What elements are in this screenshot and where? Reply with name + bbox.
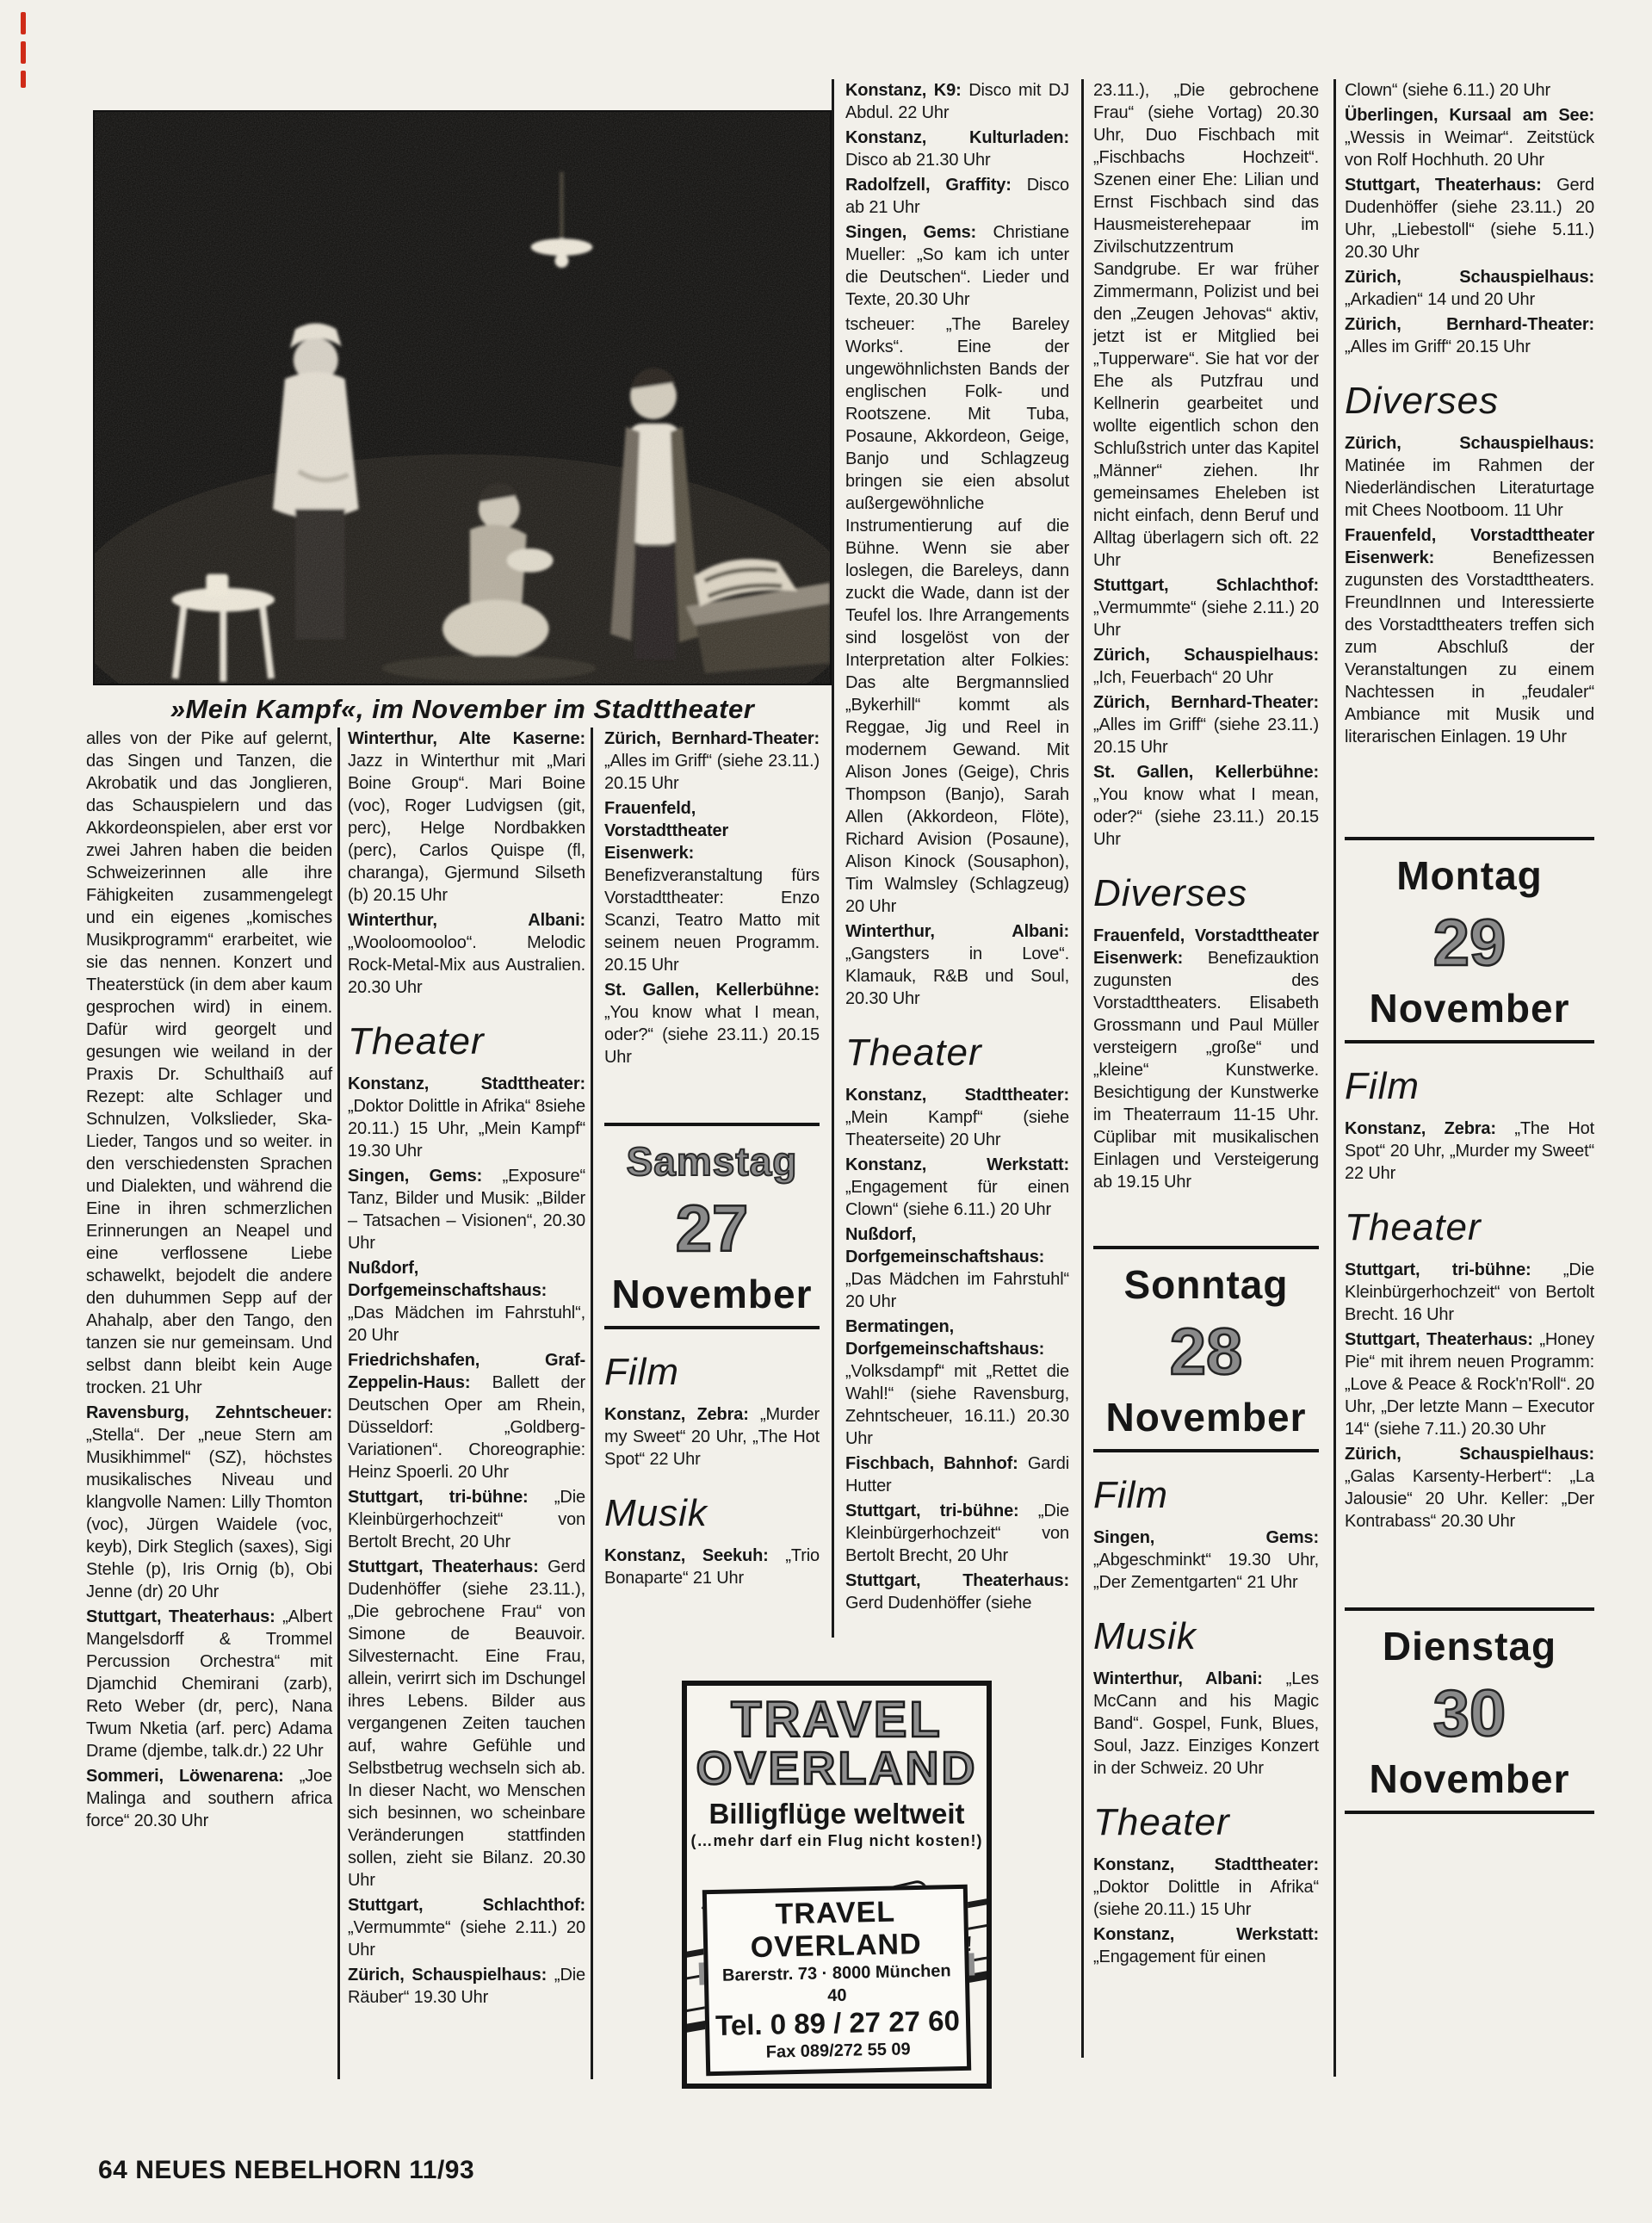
venue-lead: Konstanz, Stadttheater: <box>1093 1855 1319 1874</box>
entry-text: „Ich, Feuerbach“ 20 Uhr <box>1093 668 1273 687</box>
entry-text: „Gangsters in Love“. Klamauk, R&B und So… <box>845 944 1069 1008</box>
entry-text: tscheuer: „The Bareley Works“. Eine der … <box>845 315 1069 916</box>
venue-lead: Stuttgart, tri-bühne: <box>1345 1260 1531 1279</box>
venue-lead: Zürich, Schauspielhaus: <box>1345 434 1594 453</box>
venue-lead: Stuttgart, Schlachthof: <box>1093 576 1319 595</box>
text-column-5: 23.11.), „Die gebrochene Frau“ (siehe Vo… <box>1093 79 1319 1971</box>
day-header-rule <box>604 1123 820 1126</box>
venue-lead: Fischbach, Bahnhof: <box>845 1454 1018 1473</box>
text-column-6: Clown“ (siehe 6.11.) 20 UhrÜberlingen, K… <box>1345 79 1594 1823</box>
section-heading: Film <box>1345 1066 1594 1107</box>
entry-text: „Das Mädchen im Fahrstuhl“, 20 Uhr <box>348 1303 585 1345</box>
column-divider <box>591 728 593 2079</box>
day-header-rule <box>1345 1811 1594 1814</box>
entry-text: „Alles im Griff“ (siehe 23.11.) 20.15 Uh… <box>604 752 820 793</box>
entry-text: „Alles im Griff“ (siehe 23.11.) 20.15 Uh… <box>1093 715 1319 757</box>
listing-entry: Konstanz, Seekuh: „Trio Bonaparte“ 21 Uh… <box>604 1545 820 1589</box>
venue-lead: Zürich, Schauspielhaus: <box>1345 1445 1594 1464</box>
venue-lead: Stuttgart, tri-bühne: <box>845 1502 1019 1520</box>
scan-mark <box>21 12 26 34</box>
day-month: November <box>1093 1396 1319 1439</box>
day-header: Sonntag28November <box>1093 1246 1319 1452</box>
listing-entry: Zürich, Bernhard-Theater: „Alles im Grif… <box>1093 691 1319 759</box>
venue-lead: Winterthur, Alte Kaserne: <box>348 729 585 748</box>
listing-entry: Winterthur, Alte Kaserne: Jazz in Winter… <box>348 728 585 907</box>
venue-lead: Konstanz, Stadttheater: <box>845 1086 1069 1105</box>
entry-text: Disco ab 21.30 Uhr <box>845 151 991 170</box>
scan-mark <box>21 41 26 64</box>
listing-entry: Konstanz, Stadttheater: „Mein Kampf“ (si… <box>845 1084 1069 1151</box>
entry-text: „Mein Kampf“ (siehe Theaterseite) 20 Uhr <box>845 1108 1069 1149</box>
day-header: Samstag27November <box>604 1123 820 1329</box>
venue-lead: Singen, Gems: <box>1093 1528 1319 1547</box>
ad-subtitle: Billigflüge weltweit <box>687 1798 987 1830</box>
spacer <box>1345 1535 1594 1595</box>
listing-entry: Friedrichshafen, Graf-Zeppelin-Haus: Bal… <box>348 1349 585 1483</box>
entry-text: „Stella“. Der „neue Stern am Musikhimmel… <box>86 1426 332 1601</box>
day-header: Dienstag30November <box>1345 1607 1594 1814</box>
photo-caption: »Mein Kampf«, im November im Stadttheate… <box>93 694 832 725</box>
listing-entry: Zürich, Schauspielhaus: Matinée im Rahme… <box>1345 432 1594 522</box>
listing-entry: Stuttgart, Theaterhaus: Gerd Dudenhöffer… <box>348 1556 585 1892</box>
entry-text: „Abgeschminkt“ 19.30 Uhr, „Der Zementgar… <box>1093 1551 1319 1592</box>
listing-entry: Zürich, Bernhard-Theater: „Alles im Grif… <box>1345 313 1594 358</box>
spacer <box>1345 751 1594 825</box>
section-heading: Diverses <box>1345 381 1594 422</box>
entry-text: Gerd Dudenhöffer (siehe 23.11.), „Die ge… <box>348 1557 585 1890</box>
day-month: November <box>1345 1757 1594 1800</box>
venue-lead: Zürich, Schauspielhaus: <box>1093 646 1319 665</box>
scan-mark <box>21 71 26 88</box>
listing-entry: Stuttgart, Theaterhaus: „Albert Mangelsd… <box>86 1606 332 1762</box>
venue-lead: Konstanz, Zebra: <box>1345 1119 1496 1138</box>
column-divider <box>1081 79 1084 2058</box>
venue-lead: Zürich, Bernhard-Theater: <box>1093 693 1319 712</box>
listing-entry: Zürich, Schauspielhaus: „Die Räuber“ 19.… <box>348 1964 585 2009</box>
column-divider <box>1333 79 1336 2077</box>
day-header-rule <box>1093 1246 1319 1249</box>
entry-text: „Vermummte“ (siehe 2.11.) 20 Uhr <box>1093 598 1319 640</box>
venue-lead: St. Gallen, Kellerbühne: <box>604 981 820 1000</box>
column-divider <box>832 79 834 1638</box>
listing-entry: 23.11.), „Die gebrochene Frau“ (siehe Vo… <box>1093 79 1319 572</box>
venue-lead: Stuttgart, Theaterhaus: <box>1345 176 1542 195</box>
spacer <box>604 1071 820 1111</box>
entry-text: Benefizessen zugunsten des Vorstadttheat… <box>1345 548 1594 746</box>
section-heading: Film <box>604 1352 820 1393</box>
venue-lead: Stuttgart, Schlachthof: <box>348 1896 585 1915</box>
listing-entry: tscheuer: „The Bareley Works“. Eine der … <box>845 313 1069 918</box>
listing-entry: Zürich, Schauspielhaus: „Ich, Feuerbach“… <box>1093 644 1319 689</box>
listing-entry: Stuttgart, tri-bühne: „Die Kleinbürgerho… <box>1345 1259 1594 1326</box>
venue-lead: Konstanz, Werkstatt: <box>1093 1925 1319 1944</box>
listing-entry: Radolfzell, Graffity: Disco ab 21 Uhr <box>845 174 1069 219</box>
venue-lead: Konstanz, K9: <box>845 81 962 100</box>
listing-entry: Singen, Gems: „Exposure“ Tanz, Bilder un… <box>348 1165 585 1254</box>
day-month: November <box>1345 987 1594 1030</box>
venue-lead: Konstanz, Seekuh: <box>604 1546 769 1565</box>
day-name: Sonntag <box>1093 1263 1319 1306</box>
listing-entry: Stuttgart, tri-bühne: „Die Kleinbürgerho… <box>845 1500 1069 1567</box>
page-footer: 64 NEUES NEBELHORN 11/93 <box>98 2156 474 2185</box>
venue-lead: Radolfzell, Graffity: <box>845 176 1012 195</box>
listing-entry: Winterthur, Albani: „Wooloomooloo“. Melo… <box>348 909 585 999</box>
section-heading: Musik <box>604 1493 820 1534</box>
entry-text: „Engagement für einen <box>1093 1947 1265 1966</box>
entry-text: „Doktor Dolittle in Afrika“ 8siehe 20.11… <box>348 1097 585 1161</box>
listing-entry: Winterthur, Albani: „Les McCann and his … <box>1093 1668 1319 1780</box>
day-header: Montag29November <box>1345 837 1594 1043</box>
venue-lead: Stuttgart, Theaterhaus: <box>845 1571 1069 1590</box>
ad-address-box: TRAVEL OVERLAND Barerstr. 73 · 8000 Münc… <box>702 1885 971 2076</box>
text-column-4: Konstanz, K9: Disco mit DJ Abdul. 22 Uhr… <box>845 79 1069 1617</box>
entry-text: Matinée im Rahmen der Niederländischen L… <box>1345 456 1594 520</box>
newspaper-page: »Mein Kampf«, im November im Stadttheate… <box>0 0 1652 2223</box>
venue-lead: Frauenfeld, Vorstadttheater Eisenwerk: <box>604 799 728 863</box>
entry-text: „Volksdampf“ mit „Rettet die Wahl!“ (sie… <box>845 1362 1069 1448</box>
day-name: Montag <box>1345 854 1594 897</box>
listing-entry: alles von der Pike auf gelernt, das Sing… <box>86 728 332 1399</box>
section-heading: Diverses <box>1093 873 1319 914</box>
listing-entry: Konstanz, Stadttheater: „Doktor Dolittle… <box>348 1073 585 1162</box>
venue-lead: Konstanz, Kulturladen: <box>845 128 1069 147</box>
listing-entry: Stuttgart, Theaterhaus: „Honey Pie“ mit … <box>1345 1328 1594 1440</box>
listing-entry: Konstanz, K9: Disco mit DJ Abdul. 22 Uhr <box>845 79 1069 124</box>
listing-entry: Stuttgart, Schlachthof: „Vermummte“ (sie… <box>1093 574 1319 641</box>
theater-photo <box>93 110 832 685</box>
venue-lead: Nußdorf, Dorfgemeinschaftshaus: <box>348 1259 547 1300</box>
entry-text: „Vermummte“ (siehe 2.11.) 20 Uhr <box>348 1918 585 1960</box>
listing-entry: Frauenfeld, Vorstadttheater Eisenwerk: B… <box>1093 925 1319 1193</box>
day-number: 29 <box>1345 909 1594 978</box>
day-header-rule <box>1345 837 1594 840</box>
venue-lead: Konstanz, Werkstatt: <box>845 1155 1069 1174</box>
listing-entry: Nußdorf, Dorfgemeinschaftshaus: „Das Mäd… <box>845 1223 1069 1313</box>
text-column-2: Winterthur, Alte Kaserne: Jazz in Winter… <box>348 728 585 2011</box>
day-header-rule <box>1093 1449 1319 1452</box>
entry-text: alles von der Pike auf gelernt, das Sing… <box>86 729 332 1397</box>
day-header-rule <box>604 1326 820 1329</box>
listing-entry: Konstanz, Stadttheater: „Doktor Dolittle… <box>1093 1854 1319 1921</box>
venue-lead: Sommeri, Löwenarena: <box>86 1767 284 1786</box>
listing-entry: Konstanz, Zebra: „Murder my Sweet“ 20 Uh… <box>604 1403 820 1471</box>
day-month: November <box>604 1272 820 1316</box>
venue-lead: Stuttgart, Theaterhaus: <box>86 1607 275 1626</box>
entry-text: „You know what I mean, oder?“ (siehe 23.… <box>604 1003 820 1067</box>
day-header-rule <box>1345 1607 1594 1611</box>
venue-lead: St. Gallen, Kellerbühne: <box>1093 763 1319 782</box>
entry-text: „Galas Karsenty-Herbert“: „La Jalousie“ … <box>1345 1467 1594 1531</box>
listing-entry: Bermatingen, Dorfgemeinschaftshaus: „Vol… <box>845 1316 1069 1450</box>
listing-entry: Singen, Gems: Christiane Mueller: „So ka… <box>845 221 1069 311</box>
listing-entry: Überlingen, Kursaal am See: „Wessis in W… <box>1345 104 1594 171</box>
listing-entry: Fischbach, Bahnhof: Gardi Hutter <box>845 1452 1069 1497</box>
entry-text: „Doktor Dolittle in Afrika“ (siehe 20.11… <box>1093 1878 1319 1919</box>
listing-entry: Zürich, Bernhard-Theater: „Alles im Grif… <box>604 728 820 795</box>
venue-lead: Stuttgart, Theaterhaus: <box>1345 1330 1533 1349</box>
column-divider <box>337 728 340 2079</box>
ad-company-name: TRAVEL OVERLAND <box>710 1894 962 1965</box>
venue-lead: Winterthur, Albani: <box>348 911 585 930</box>
text-column-3: Zürich, Bernhard-Theater: „Alles im Grif… <box>604 728 820 1592</box>
ad-note: (…mehr darf ein Flug nicht kosten!) <box>687 1832 987 1850</box>
listing-entry: Stuttgart, Theaterhaus: Gerd Dudenhöffer… <box>1345 174 1594 263</box>
listing-entry: Sommeri, Löwenarena: „Joe Malinga and so… <box>86 1765 332 1832</box>
listing-entry: Stuttgart, tri-bühne: „Die Kleinbürgerho… <box>348 1486 585 1553</box>
entry-text: 23.11.), „Die gebrochene Frau“ (siehe Vo… <box>1093 81 1319 570</box>
entry-text: „Albert Mangelsdorff & Trommel Percussio… <box>86 1607 332 1761</box>
section-heading: Musik <box>1093 1616 1319 1657</box>
listing-entry: Singen, Gems: „Abgeschminkt“ 19.30 Uhr, … <box>1093 1526 1319 1594</box>
listing-entry: Konstanz, Zebra: „The Hot Spot“ 20 Uhr, … <box>1345 1118 1594 1185</box>
venue-lead: Ravensburg, Zehntscheuer: <box>86 1403 332 1422</box>
venue-lead: Zürich, Bernhard-Theater: <box>604 729 820 748</box>
venue-lead: Stuttgart, Theaterhaus: <box>348 1557 539 1576</box>
venue-lead: Konstanz, Zebra: <box>604 1405 749 1424</box>
theater-photo-illustration <box>95 112 830 684</box>
venue-lead: Winterthur, Albani: <box>1093 1669 1263 1688</box>
venue-lead: Winterthur, Albani: <box>845 922 1069 941</box>
section-heading: Theater <box>1345 1207 1594 1248</box>
ad-phone: Tel. 0 89 / 27 27 60 <box>713 2004 963 2042</box>
listing-entry: Zürich, Schauspielhaus: „Arkadien“ 14 un… <box>1345 266 1594 311</box>
venue-lead: Singen, Gems: <box>845 223 976 242</box>
entry-text: „Wooloomooloo“. Melodic Rock-Metal-Mix a… <box>348 933 585 997</box>
listing-entry: Stuttgart, Schlachthof: „Vermummte“ (sie… <box>348 1894 585 1961</box>
listing-entry: St. Gallen, Kellerbühne: „You know what … <box>1093 761 1319 851</box>
entry-text: Jazz in Winterthur mit „Mari Boine Group… <box>348 752 585 905</box>
listing-entry: Frauenfeld, Vorstadttheater Eisenwerk: B… <box>604 797 820 976</box>
venue-lead: Zürich, Schauspielhaus: <box>1345 268 1594 287</box>
listing-entry: Zürich, Schauspielhaus: „Galas Karsenty-… <box>1345 1443 1594 1533</box>
listing-entry: St. Gallen, Kellerbühne: „You know what … <box>604 979 820 1068</box>
listing-entry: Clown“ (siehe 6.11.) 20 Uhr <box>1345 79 1594 102</box>
travel-overland-ad: TRAVEL OVERLAND Billigflüge weltweit (…m… <box>682 1681 992 2089</box>
listing-entry: Konstanz, Kulturladen: Disco ab 21.30 Uh… <box>845 127 1069 171</box>
day-number: 30 <box>1345 1680 1594 1749</box>
venue-lead: Zürich, Bernhard-Theater: <box>1345 315 1594 334</box>
listing-entry: Ravensburg, Zehntscheuer: „Stella“. Der … <box>86 1402 332 1603</box>
day-number: 28 <box>1093 1318 1319 1387</box>
entry-text: „Arkadien“ 14 und 20 Uhr <box>1345 290 1535 309</box>
venue-lead: Nußdorf, Dorfgemeinschaftshaus: <box>845 1225 1044 1266</box>
venue-lead: Stuttgart, tri-bühne: <box>348 1488 529 1507</box>
venue-lead: Überlingen, Kursaal am See: <box>1345 106 1594 125</box>
venue-lead: Bermatingen, Dorfgemeinschaftshaus: <box>845 1317 1044 1359</box>
section-heading: Theater <box>348 1021 585 1062</box>
listing-entry: Konstanz, Werkstatt: „Engagement für ein… <box>845 1154 1069 1221</box>
listing-entry: Stuttgart, Theaterhaus: Gerd Dudenhöffer… <box>845 1570 1069 1614</box>
ad-street-address: Barerstr. 73 · 8000 München 40 <box>712 1960 962 2009</box>
listing-entry: Nußdorf, Dorfgemeinschaftshaus: „Das Mäd… <box>348 1257 585 1347</box>
entry-text: Benefizauktion zugunsten des Vorstadtthe… <box>1093 949 1319 1192</box>
entry-text: Gerd Dudenhöffer (siehe <box>845 1594 1031 1613</box>
day-name: Samstag <box>604 1140 820 1183</box>
venue-lead: Konstanz, Stadttheater: <box>348 1074 585 1093</box>
entry-text: Clown“ (siehe 6.11.) 20 Uhr <box>1345 81 1550 100</box>
ad-title-line1: TRAVEL <box>687 1694 987 1745</box>
ad-title-line2: OVERLAND <box>687 1745 987 1793</box>
listing-entry: Konstanz, Werkstatt: „Engagement für ein… <box>1093 1923 1319 1968</box>
day-name: Dienstag <box>1345 1625 1594 1668</box>
listing-entry: Frauenfeld, Vorstadttheater Eisenwerk: B… <box>1345 524 1594 748</box>
entry-text: „Wessis in Weimar“. Zeitstück von Rolf H… <box>1345 128 1594 170</box>
entry-text: Benefizveranstaltung fürs Vorstadttheate… <box>604 866 820 975</box>
entry-text: „Das Mädchen im Fahrstuhl“ 20 Uhr <box>845 1270 1069 1311</box>
text-column-1: alles von der Pike auf gelernt, das Sing… <box>86 728 332 1835</box>
entry-text: „Engagement für einen Clown“ (siehe 6.11… <box>845 1178 1069 1219</box>
entry-text: „Alles im Griff“ 20.15 Uhr <box>1345 337 1531 356</box>
section-heading: Theater <box>845 1032 1069 1074</box>
section-heading: Film <box>1093 1475 1319 1516</box>
spacer <box>1093 1196 1319 1234</box>
day-header-rule <box>1345 1040 1594 1043</box>
section-heading: Theater <box>1093 1802 1319 1843</box>
venue-lead: Singen, Gems: <box>348 1167 482 1186</box>
listing-entry: Winterthur, Albani: „Gangsters in Love“.… <box>845 920 1069 1010</box>
venue-lead: Zürich, Schauspielhaus: <box>348 1966 547 1985</box>
entry-text: „You know what I mean, oder?“ (siehe 23.… <box>1093 785 1319 849</box>
day-number: 27 <box>604 1195 820 1264</box>
